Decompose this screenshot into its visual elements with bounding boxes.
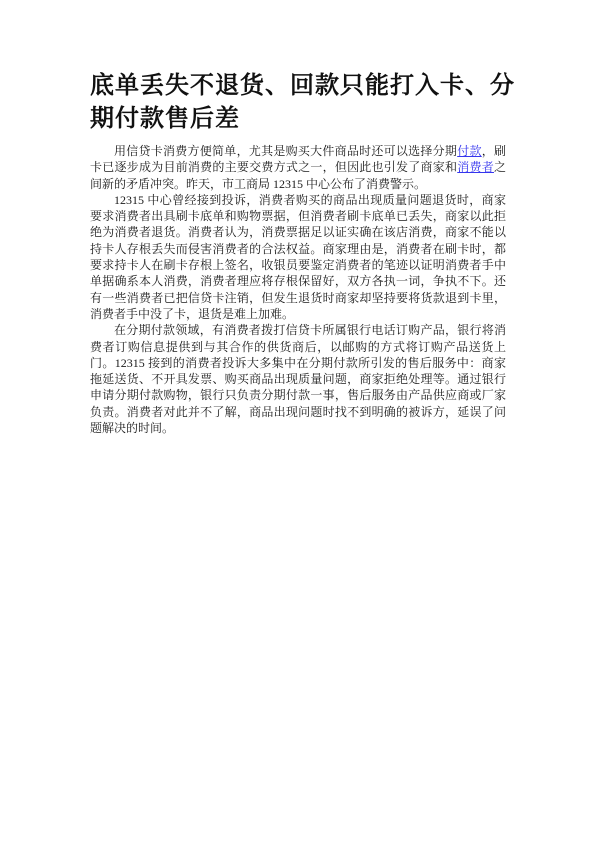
- paragraph-complaint-case: 12315 中心曾经接到投诉，消费者购买的商品出现质量问题退货时，商家要求消费者…: [90, 192, 506, 322]
- paragraph-installment-issues: 在分期付款领域，有消费者拨打信贷卡所属银行电话订购产品，银行将消费者订购信息提供…: [90, 322, 506, 436]
- document-page: 底单丢失不退货、回款只能打入卡、分期付款售后差 用信贷卡消费方便简单，尤其是购买…: [0, 0, 595, 842]
- inline-link[interactable]: 付款: [457, 144, 482, 158]
- inline-link[interactable]: 消费者: [457, 160, 494, 174]
- text-segment: 用信贷卡消费方便简单，尤其是购买大件商品时还可以选择分期: [114, 144, 457, 158]
- paragraph-intro: 用信贷卡消费方便简单，尤其是购买大件商品时还可以选择分期付款，刷卡已逐步成为目前…: [90, 143, 506, 192]
- document-content: 底单丢失不退货、回款只能打入卡、分期付款售后差 用信贷卡消费方便简单，尤其是购买…: [90, 70, 506, 436]
- document-title: 底单丢失不退货、回款只能打入卡、分期付款售后差: [90, 70, 532, 136]
- document-body: 用信贷卡消费方便简单，尤其是购买大件商品时还可以选择分期付款，刷卡已逐步成为目前…: [90, 143, 506, 436]
